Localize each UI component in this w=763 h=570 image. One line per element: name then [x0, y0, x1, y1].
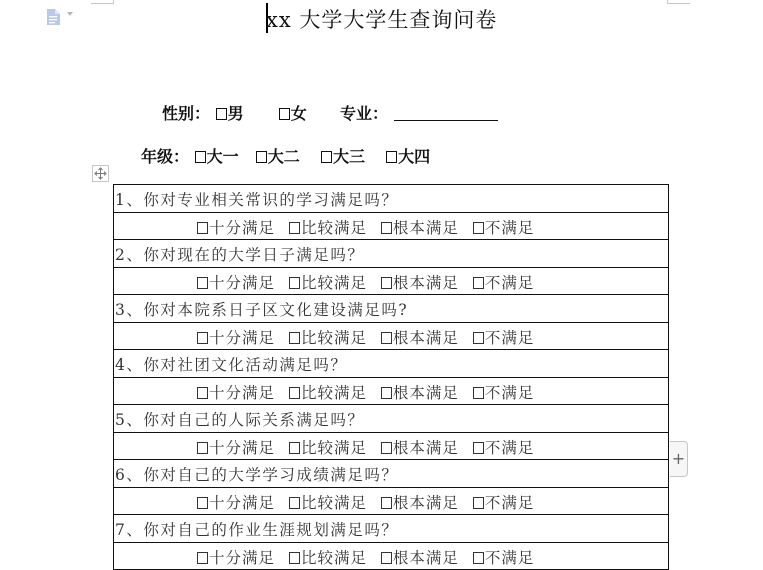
option-label: 不满足: [485, 219, 535, 237]
question-row[interactable]: 5、你对自己的人际关系满足吗？: [114, 405, 668, 433]
option-label: 根本满足: [393, 219, 459, 237]
margin-marker-left: [91, 0, 114, 4]
checkbox[interactable]: [381, 332, 392, 344]
question-text: 6、你对自己的大学学习成绩满足吗？: [115, 463, 398, 485]
checkbox[interactable]: [197, 442, 208, 454]
option-label: 十分满足: [209, 439, 275, 457]
option-label: 十分满足: [209, 549, 275, 567]
option-label: 不满足: [485, 274, 535, 292]
option-grade-3: 大三: [333, 147, 365, 166]
checkbox-grade-2[interactable]: [256, 151, 267, 163]
option-male: 男: [228, 104, 244, 123]
option-label: 十分满足: [209, 219, 275, 237]
gender-label: 性别：: [162, 104, 210, 123]
option-label: 根本满足: [393, 439, 459, 457]
checkbox[interactable]: [289, 387, 300, 399]
gender-major-line: 性别： 男 女 专业：: [162, 101, 498, 124]
document-paste-options-icon[interactable]: [47, 9, 60, 25]
grade-label: 年级：: [141, 147, 189, 166]
checkbox-grade-1[interactable]: [195, 151, 206, 163]
document-title[interactable]: xx 大学大学生查询问卷: [266, 4, 497, 34]
option-female: 女: [291, 104, 307, 123]
checkbox[interactable]: [381, 277, 392, 289]
checkbox[interactable]: [197, 332, 208, 344]
options-row[interactable]: 十分满足 比较满足 根本满足 不满足: [114, 323, 668, 351]
question-text: 1、你对专业相关常识的学习满足吗？: [115, 188, 398, 210]
checkbox[interactable]: [381, 442, 392, 454]
question-text: 4、你对社团文化活动满足吗？: [115, 353, 347, 375]
option-label: 十分满足: [209, 384, 275, 402]
question-row[interactable]: 4、你对社团文化活动满足吗？: [114, 350, 668, 378]
options-row[interactable]: 十分满足 比较满足 根本满足 不满足: [114, 213, 668, 241]
option-label: 根本满足: [393, 384, 459, 402]
options-row[interactable]: 十分满足 比较满足 根本满足 不满足: [114, 268, 668, 296]
question-row[interactable]: 7、你对自己的作业生涯规划满足吗？: [114, 515, 668, 543]
major-blank-field[interactable]: [394, 106, 498, 121]
question-row[interactable]: 3、你对本院系日子区文化建设满足吗?: [114, 295, 668, 323]
checkbox[interactable]: [289, 222, 300, 234]
option-label: 比较满足: [301, 274, 367, 292]
checkbox[interactable]: [197, 387, 208, 399]
options-row[interactable]: 十分满足 比较满足 根本满足 不满足: [114, 543, 668, 570]
checkbox[interactable]: [473, 332, 484, 344]
options-row[interactable]: 十分满足 比较满足 根本满足 不满足: [114, 433, 668, 461]
checkbox-male[interactable]: [216, 108, 227, 120]
checkbox-female[interactable]: [279, 108, 290, 120]
checkbox[interactable]: [473, 222, 484, 234]
checkbox[interactable]: [473, 497, 484, 509]
table-move-handle[interactable]: [92, 165, 109, 182]
checkbox[interactable]: [289, 442, 300, 454]
checkbox[interactable]: [381, 222, 392, 234]
option-label: 不满足: [485, 549, 535, 567]
option-label: 比较满足: [301, 384, 367, 402]
question-row[interactable]: 2、你对现在的大学日子满足吗？: [114, 240, 668, 268]
margin-marker-right: [667, 0, 690, 4]
checkbox[interactable]: [197, 552, 208, 564]
checkbox[interactable]: [289, 552, 300, 564]
question-text: 2、你对现在的大学日子满足吗？: [115, 243, 364, 265]
option-label: 根本满足: [393, 329, 459, 347]
checkbox[interactable]: [197, 277, 208, 289]
survey-table: 1、你对专业相关常识的学习满足吗？ 十分满足 比较满足 根本满足 不满足 2、你…: [113, 184, 669, 570]
checkbox-grade-3[interactable]: [321, 151, 332, 163]
option-label: 不满足: [485, 329, 535, 347]
checkbox[interactable]: [473, 552, 484, 564]
chevron-down-icon[interactable]: [67, 12, 73, 16]
option-label: 根本满足: [393, 549, 459, 567]
option-label: 不满足: [485, 439, 535, 457]
option-grade-4: 大四: [398, 147, 430, 166]
option-label: 根本满足: [393, 274, 459, 292]
checkbox[interactable]: [381, 387, 392, 399]
checkbox[interactable]: [473, 387, 484, 399]
question-row[interactable]: 1、你对专业相关常识的学习满足吗？: [114, 185, 668, 213]
options-row[interactable]: 十分满足 比较满足 根本满足 不满足: [114, 378, 668, 406]
option-grade-2: 大二: [268, 147, 300, 166]
move-icon: [93, 166, 108, 181]
grade-line: 年级： 大一 大二 大三 大四: [141, 144, 430, 167]
question-text: 7、你对自己的作业生涯规划满足吗？: [115, 518, 398, 540]
checkbox[interactable]: [197, 222, 208, 234]
question-row[interactable]: 6、你对自己的大学学习成绩满足吗？: [114, 460, 668, 488]
option-label: 十分满足: [209, 274, 275, 292]
option-label: 十分满足: [209, 494, 275, 512]
checkbox[interactable]: [473, 442, 484, 454]
option-label: 十分满足: [209, 329, 275, 347]
checkbox[interactable]: [289, 277, 300, 289]
checkbox[interactable]: [289, 497, 300, 509]
checkbox[interactable]: [289, 332, 300, 344]
checkbox[interactable]: [381, 497, 392, 509]
checkbox[interactable]: [473, 277, 484, 289]
option-label: 比较满足: [301, 329, 367, 347]
option-label: 比较满足: [301, 549, 367, 567]
major-label: 专业：: [340, 104, 388, 123]
option-label: 根本满足: [393, 494, 459, 512]
checkbox[interactable]: [197, 497, 208, 509]
add-row-button[interactable]: +: [670, 441, 688, 477]
option-label: 比较满足: [301, 494, 367, 512]
options-row[interactable]: 十分满足 比较满足 根本满足 不满足: [114, 488, 668, 516]
question-text: 5、你对自己的人际关系满足吗？: [115, 408, 364, 430]
checkbox[interactable]: [381, 552, 392, 564]
checkbox-grade-4[interactable]: [386, 151, 397, 163]
option-grade-1: 大一: [207, 147, 239, 166]
question-text: 3、你对本院系日子区文化建设满足吗?: [115, 298, 408, 320]
option-label: 比较满足: [301, 219, 367, 237]
option-label: 不满足: [485, 494, 535, 512]
option-label: 比较满足: [301, 439, 367, 457]
option-label: 不满足: [485, 384, 535, 402]
